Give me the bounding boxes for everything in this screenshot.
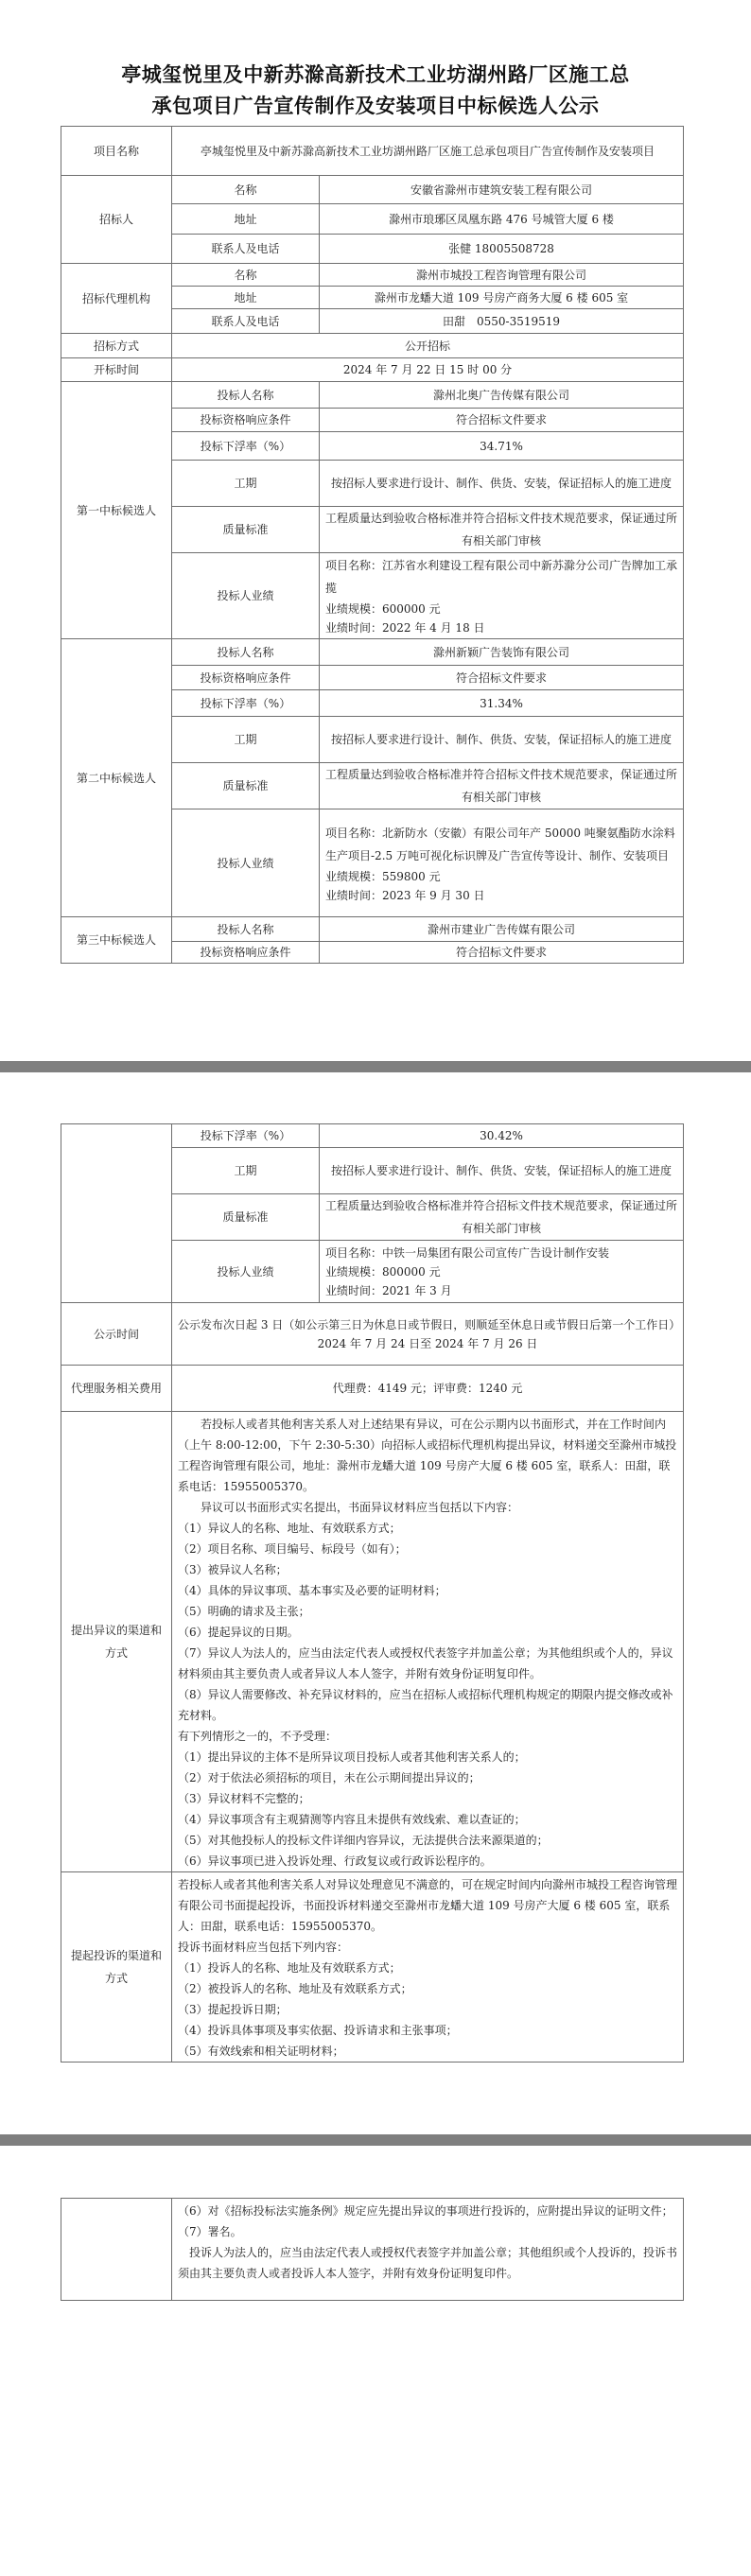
publicity-rule: 公示发布次日起 3 日（如公示第三日为休息日或节假日，则顺延至休息日或节假日后第… (178, 1315, 677, 1334)
candidate-3-performance-scale: 业绩规模：800000 元 (325, 1262, 677, 1281)
objection-reject-item: （3）异议材料不完整的； (178, 1788, 677, 1809)
objection-item: （5）明确的请求及主张； (178, 1601, 677, 1622)
candidate-3-label: 第三中标候选人 (61, 917, 172, 964)
candidate-2-qualification: 符合招标文件要求 (320, 666, 684, 690)
announcement-table-page-1: 项目名称 亭城玺悦里及中新苏滁高新技术工业坊湖州路厂区施工总承包项目广告宣传制作… (61, 126, 684, 964)
candidate-2-performance-scale: 业绩规模：559800 元 (325, 867, 677, 886)
opening-time-row: 开标时间 2024 年 7 月 22 日 15 时 00 分 (61, 358, 684, 382)
performance-label: 投标人业绩 (172, 1241, 320, 1303)
fees-label: 代理服务相关费用 (61, 1366, 172, 1412)
bid-method-row: 招标方式 公开招标 (61, 334, 684, 358)
duration-label: 工期 (172, 717, 320, 763)
tenderer-name-value: 安徽省滁州市建筑安装工程有限公司 (320, 176, 684, 204)
complaint-item: （7）署名。 (178, 2221, 677, 2242)
qualification-label: 投标资格响应条件 (172, 409, 320, 432)
candidate-2-name-row: 第二中标候选人 投标人名称 滁州新颖广告装饰有限公司 (61, 639, 684, 666)
tenderer-label: 招标人 (61, 176, 172, 264)
quality-label: 质量标准 (172, 507, 320, 553)
qualification-label: 投标资格响应条件 (172, 666, 320, 690)
candidate-1-performance-project: 项目名称：江苏省水利建设工程有限公司中新苏滁分公司广告牌加工承揽 (325, 554, 677, 600)
agency-name-value: 滁州市城投工程咨询管理有限公司 (320, 264, 684, 287)
complaint-signature-rule: 投诉人为法人的，应当由法定代表人或授权代表签字并加盖公章；其他组织或个人投诉的，… (178, 2242, 677, 2284)
bidder-name-label: 投标人名称 (172, 382, 320, 409)
candidate-1-label: 第一中标候选人 (61, 382, 172, 639)
project-name-row: 项目名称 亭城玺悦里及中新苏滁高新技术工业坊湖州路厂区施工总承包项目广告宣传制作… (61, 127, 684, 176)
objection-item: （2）项目名称、项目编号、标段号（如有）； (178, 1539, 677, 1559)
agency-contact-value: 田甜 0550-3519519 (320, 309, 684, 334)
candidate-2-duration: 按招标人要求进行设计、制作、供货、安装，保证招标人的施工进度 (320, 717, 684, 763)
candidate-1-quality: 工程质量达到验收合格标准并符合招标文件技术规范要求，保证通过所有相关部门审核 (320, 507, 684, 553)
fees-row: 代理服务相关费用 代理费：4149 元；评审费：1240 元 (61, 1366, 684, 1412)
candidate-3-discount-row: 投标下浮率（%） 30.42% (61, 1124, 684, 1148)
document-title-line-1: 亭城玺悦里及中新苏滁高新技术工业坊湖州路厂区施工总 (0, 60, 751, 88)
complaint-item: （5）有效线索和相关证明材料； (178, 2041, 677, 2062)
candidate-1-discount-rate: 34.71% (320, 432, 684, 461)
complaint-label: 提起投诉的渠道和方式 (61, 1872, 172, 2063)
objection-row: 提出异议的渠道和方式 若投标人或者其他利害关系人对上述结果有异议，可在公示期内以… (61, 1412, 684, 1872)
tenderer-address-label: 地址 (172, 204, 320, 235)
complaint-item: （1）投诉人的名称、地址及有效联系方式； (178, 1958, 677, 1978)
objection-label: 提出异议的渠道和方式 (61, 1412, 172, 1872)
complaint-item: （4）投诉具体事项及事实依据、投诉请求和主张事项； (178, 2020, 677, 2041)
discount-rate-label: 投标下浮率（%） (172, 432, 320, 461)
candidate-2-label: 第二中标候选人 (61, 639, 172, 917)
candidate-1-name-row: 第一中标候选人 投标人名称 滁州北奥广告传媒有限公司 (61, 382, 684, 409)
publicity-row: 公示时间 公示发布次日起 3 日（如公示第三日为休息日或节假日，则顺延至休息日或… (61, 1303, 684, 1366)
objection-item: （1）异议人的名称、地址、有效联系方式； (178, 1518, 677, 1539)
complaint-item: （6）对《招标投标法实施条例》规定应先提出异议的事项进行投诉的，应附提出异议的证… (178, 2201, 677, 2221)
candidate-2-performance-project: 项目名称：北新防水（安徽）有限公司年产 50000 吨聚氨酯防水涂料生产项目-2… (325, 822, 677, 867)
quality-label: 质量标准 (172, 1194, 320, 1241)
objection-reject-item: （6）异议事项已进入投诉处理、行政复议或行政诉讼程序的。 (178, 1851, 677, 1871)
duration-label: 工期 (172, 1148, 320, 1194)
project-name-label: 项目名称 (61, 127, 172, 176)
candidate-2-bidder-name: 滁州新颖广告装饰有限公司 (320, 639, 684, 666)
candidate-3-qualification: 符合招标文件要求 (320, 942, 684, 964)
opening-time-label: 开标时间 (61, 358, 172, 382)
complaint-label-continued (61, 2199, 172, 2301)
page-break-bar (0, 1061, 751, 1072)
candidate-3-discount-rate: 30.42% (320, 1124, 684, 1148)
duration-label: 工期 (172, 461, 320, 507)
publicity-label: 公示时间 (61, 1303, 172, 1366)
document-title-line-2: 承包项目广告宣传制作及安装项目中标候选人公示 (0, 91, 751, 119)
candidate-1-performance-time: 业绩时间：2022 年 4 月 18 日 (325, 618, 677, 637)
tenderer-contact-label: 联系人及电话 (172, 235, 320, 264)
agency-address-label: 地址 (172, 287, 320, 309)
objection-item: （3）被异议人名称； (178, 1559, 677, 1580)
candidate-1-qualification: 符合招标文件要求 (320, 409, 684, 432)
candidate-1-bidder-name: 滁州北奥广告传媒有限公司 (320, 382, 684, 409)
candidate-1-performance-scale: 业绩规模：600000 元 (325, 600, 677, 618)
objection-reject-item: （2）对于依法必须招标的项目，未在公示期间提出异议的； (178, 1767, 677, 1788)
tenderer-name-row: 招标人 名称 安徽省滁州市建筑安装工程有限公司 (61, 176, 684, 204)
agency-label: 招标代理机构 (61, 264, 172, 334)
candidate-1-duration: 按招标人要求进行设计、制作、供货、安装，保证招标人的施工进度 (320, 461, 684, 507)
agency-name-label: 名称 (172, 264, 320, 287)
agency-name-row: 招标代理机构 名称 滁州市城投工程咨询管理有限公司 (61, 264, 684, 287)
project-name-value: 亭城玺悦里及中新苏滁高新技术工业坊湖州路厂区施工总承包项目广告宣传制作及安装项目 (172, 127, 684, 176)
complaint-item: （3）提起投诉日期； (178, 1999, 677, 2020)
candidate-3-label-continued (61, 1124, 172, 1303)
complaint-continued-row: （6）对《招标投标法实施条例》规定应先提出异议的事项进行投诉的，应附提出异议的证… (61, 2199, 684, 2301)
complaint-row: 提起投诉的渠道和方式 若投标人或者其他利害关系人对异议处理意见不满意的，可在规定… (61, 1872, 684, 2063)
qualification-label: 投标资格响应条件 (172, 942, 320, 964)
discount-rate-label: 投标下浮率（%） (172, 690, 320, 717)
discount-rate-label: 投标下浮率（%） (172, 1124, 320, 1148)
objection-reject-item: （5）对其他投标人的投标文件详细内容异议，无法提供合法来源渠道的； (178, 1830, 677, 1851)
page-break-bar (0, 2134, 751, 2146)
fees-value: 代理费：4149 元；评审费：1240 元 (172, 1366, 684, 1412)
complaint-content-intro: 投诉书面材料应当包括下列内容： (178, 1937, 677, 1958)
objection-reject-intro: 有下列情形之一的，不予受理： (178, 1726, 677, 1747)
candidate-3-performance-time: 业绩时间：2021 年 3 月 (325, 1281, 677, 1300)
objection-item: （6）提起异议的日期。 (178, 1622, 677, 1643)
objection-reject-item: （4）异议事项含有主观猜测等内容且未提供有效线索、难以查证的； (178, 1809, 677, 1830)
bidder-name-label: 投标人名称 (172, 639, 320, 666)
bid-method-label: 招标方式 (61, 334, 172, 358)
objection-reject-item: （1）提出异议的主体不是所异议项目投标人或者其他利害关系人的； (178, 1747, 677, 1767)
complaint-item: （2）被投诉人的名称、地址及有效联系方式； (178, 1978, 677, 1999)
candidate-3-duration: 按招标人要求进行设计、制作、供货、安装，保证招标人的施工进度 (320, 1148, 684, 1194)
candidate-3-bidder-name: 滁州市建业广告传媒有限公司 (320, 917, 684, 942)
candidate-2-performance-time: 业绩时间：2023 年 9 月 30 日 (325, 886, 677, 905)
agency-address-value: 滁州市龙蟠大道 109 号房产商务大厦 6 楼 605 室 (320, 287, 684, 309)
candidate-3-quality: 工程质量达到验收合格标准并符合招标文件技术规范要求，保证通过所有相关部门审核 (320, 1194, 684, 1241)
candidate-2-quality: 工程质量达到验收合格标准并符合招标文件技术规范要求，保证通过所有相关部门审核 (320, 763, 684, 809)
bid-method-value: 公开招标 (172, 334, 684, 358)
bidder-name-label: 投标人名称 (172, 917, 320, 942)
opening-time-value: 2024 年 7 月 22 日 15 时 00 分 (172, 358, 684, 382)
objection-content-intro: 异议可以书面形式实名提出，书面异议材料应当包括以下内容： (178, 1497, 677, 1518)
tenderer-address-value: 滁州市琅琊区凤凰东路 476 号城管大厦 6 楼 (320, 204, 684, 235)
objection-intro: 若投标人或者其他利害关系人对上述结果有异议，可在公示期内以书面形式，并在工作时间… (178, 1414, 677, 1497)
tenderer-contact-value: 张健 18005508728 (320, 235, 684, 264)
objection-item: （8）异议人需要修改、补充异议材料的，应当在招标人或招标代理机构规定的期限内提交… (178, 1684, 677, 1726)
quality-label: 质量标准 (172, 763, 320, 809)
publicity-period: 2024 年 7 月 24 日至 2024 年 7 月 26 日 (178, 1334, 677, 1353)
announcement-table-page-2: 投标下浮率（%） 30.42% 工期 按招标人要求进行设计、制作、供货、安装，保… (61, 1123, 684, 2063)
complaint-intro: 若投标人或者其他利害关系人对异议处理意见不满意的，可在规定时间内向滁州市城投工程… (178, 1874, 677, 1937)
candidate-3-performance-project: 项目名称：中铁一局集团有限公司宣传广告设计制作安装 (325, 1244, 677, 1262)
candidate-3-name-row: 第三中标候选人 投标人名称 滁州市建业广告传媒有限公司 (61, 917, 684, 942)
announcement-table-page-3: （6）对《招标投标法实施条例》规定应先提出异议的事项进行投诉的，应附提出异议的证… (61, 2198, 684, 2301)
candidate-2-discount-rate: 31.34% (320, 690, 684, 717)
tenderer-name-label: 名称 (172, 176, 320, 204)
objection-item: （4）具体的异议事项、基本事实及必要的证明材料； (178, 1580, 677, 1601)
objection-item: （7）异议人为法人的，应当由法定代表人或授权代表签字并加盖公章；为其他组织或个人… (178, 1643, 677, 1684)
agency-contact-label: 联系人及电话 (172, 309, 320, 334)
performance-label: 投标人业绩 (172, 809, 320, 917)
performance-label: 投标人业绩 (172, 553, 320, 639)
